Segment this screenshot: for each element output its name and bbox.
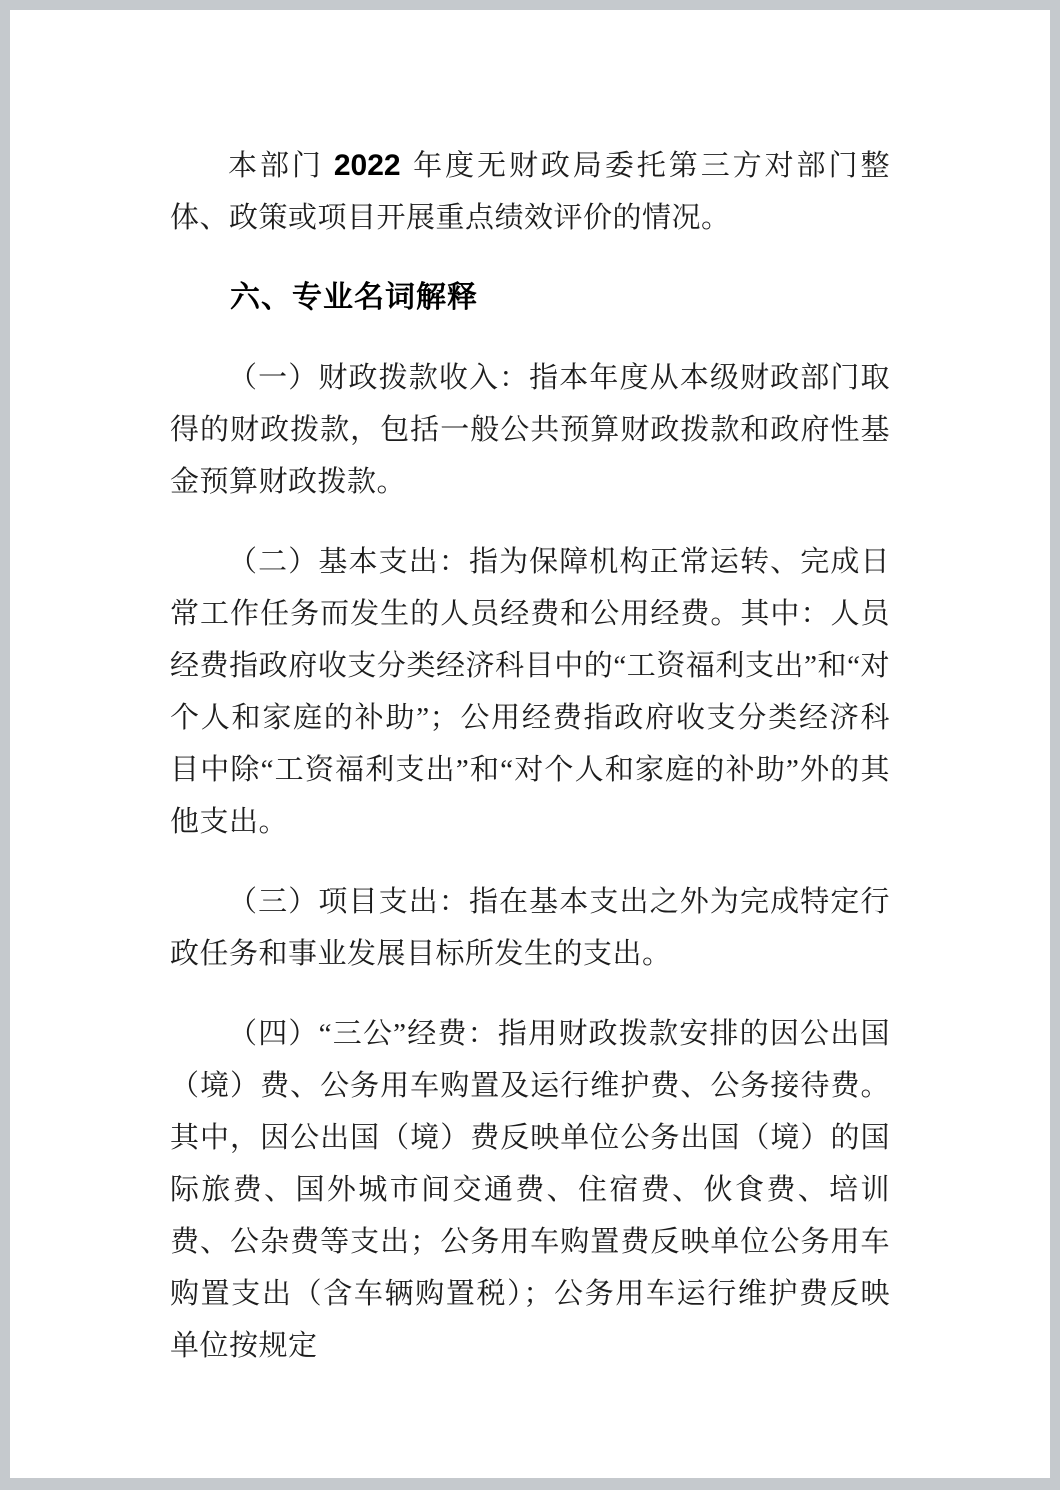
- document-content: 本部门2022年度无财政局委托第三方对部门整体、政策或项目开展重点绩效评价的情况…: [170, 140, 890, 1372]
- definition-paragraph-3: （三）项目支出：指在基本支出之外为完成特定行政任务和事业发展目标所发生的支出。: [170, 876, 890, 980]
- definition-paragraph-2: （二）基本支出：指为保障机构正常运转、完成日常工作任务而发生的人员经费和公用经费…: [170, 536, 890, 848]
- section-heading: 六、专业名词解释: [170, 272, 890, 324]
- definition-paragraph-4: （四）“三公”经费：指用财政拨款安排的因公出国（境）费、公务用车购置及运行维护费…: [170, 1008, 890, 1372]
- intro-text-before-year: 本部门: [228, 150, 324, 182]
- year-number: 2022: [334, 149, 401, 182]
- definition-paragraph-1: （一）财政拨款收入：指本年度从本级财政部门取得的财政拨款，包括一般公共预算财政拨…: [170, 352, 890, 508]
- document-page: 本部门2022年度无财政局委托第三方对部门整体、政策或项目开展重点绩效评价的情况…: [10, 10, 1050, 1478]
- intro-paragraph: 本部门2022年度无财政局委托第三方对部门整体、政策或项目开展重点绩效评价的情况…: [170, 140, 890, 244]
